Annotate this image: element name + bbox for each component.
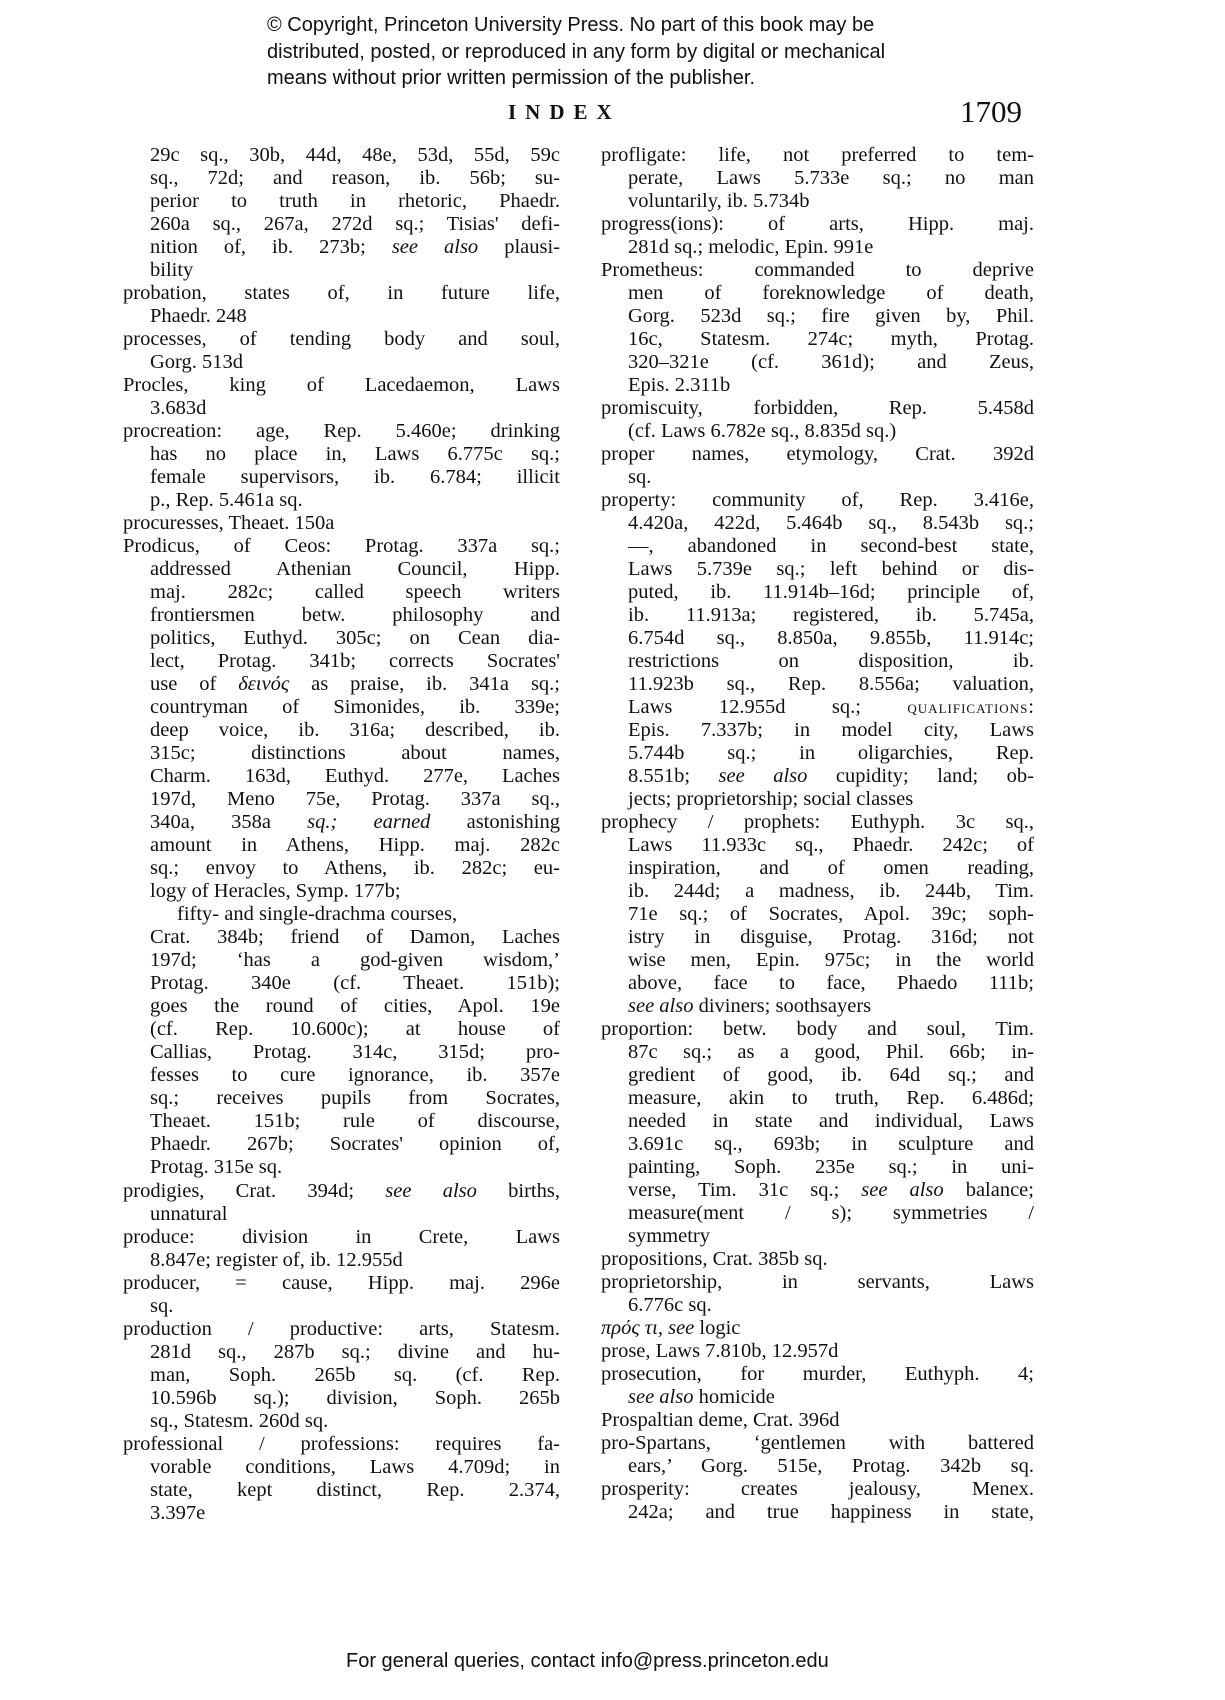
index-line-continuation: see also diviners; soothsayers (628, 994, 871, 1018)
index-entry-headword-line: probation, states of, in future life, (123, 281, 560, 305)
index-entry-headword-line: prophecy / prophets: Euthyph. 3c sq., (601, 810, 1034, 834)
index-line-continuation: 8.551b; see also cupidity; land; ob- (628, 764, 1034, 788)
copyright-notice: © Copyright, Princeton University Press.… (267, 12, 885, 92)
index-entry-headword-line: πρός τι, see logic (601, 1316, 740, 1340)
index-entry-headword-line: Procles, king of Lacedaemon, Laws (123, 373, 560, 397)
index-line-continuation: 281d sq.; melodic, Epin. 991e (628, 235, 873, 259)
index-line-continuation: ib. 11.913a; registered, ib. 5.745a, (628, 603, 1034, 627)
index-entry-headword-line: procuresses, Theaet. 150a (123, 511, 334, 535)
index-line-continuation: 340a, 358a sq.; earned astonishing (150, 810, 560, 834)
index-line-continuation: Laws 5.739e sq.; left behind or dis- (628, 557, 1034, 581)
index-line-continuation: men of foreknowledge of death, (628, 281, 1034, 305)
index-line-continuation: 87c sq.; as a good, Phil. 66b; in- (628, 1040, 1034, 1064)
index-entry-headword-line: Prometheus: commanded to deprive (601, 258, 1034, 282)
index-line-continuation: see also homicide (628, 1385, 775, 1409)
index-line-continuation: voluntarily, ib. 5.734b (628, 189, 809, 213)
index-entry-headword-line: profligate: life, not preferred to tem- (601, 143, 1034, 167)
index-line-continuation: maj. 282c; called speech writers (150, 580, 560, 604)
index-entry-headword-line: proper names, etymology, Crat. 392d (601, 442, 1034, 466)
index-line-continuation: lect, Protag. 341b; corrects Socrates' (150, 649, 560, 673)
index-entry-headword-line: procreation: age, Rep. 5.460e; drinking (123, 419, 560, 443)
index-line-continuation: 3.397e (150, 1501, 205, 1525)
index-line-continuation: gredient of good, ib. 64d sq.; and (628, 1063, 1034, 1087)
index-entry-headword-line: property: community of, Rep. 3.416e, (601, 488, 1034, 512)
index-line-continuation: (cf. Rep. 10.600c); at house of (150, 1017, 560, 1041)
index-line-continuation: ib. 244d; a madness, ib. 244b, Tim. (628, 879, 1034, 903)
index-line-continuation: Epis. 7.337b; in model city, Laws (628, 718, 1034, 742)
index-line-continuation: politics, Euthyd. 305c; on Cean dia- (150, 626, 560, 650)
index-line-continuation: has no place in, Laws 6.775c sq.; (150, 442, 560, 466)
index-entry-headword-line: proprietorship, in servants, Laws (601, 1270, 1034, 1294)
index-line-continuation: —, abandoned in second-best state, (628, 534, 1034, 558)
index-line-continuation: man, Soph. 265b sq. (cf. Rep. (150, 1363, 560, 1387)
index-line-continuation: unnatural (150, 1202, 227, 1226)
index-entry-headword-line: production / productive: arts, Statesm. (123, 1317, 560, 1341)
index-line-continuation: Theaet. 151b; rule of discourse, (150, 1109, 560, 1133)
index-line-continuation: restrictions on disposition, ib. (628, 649, 1034, 673)
page-number: 1709 (960, 94, 1022, 130)
index-line-continuation: needed in state and individual, Laws (628, 1109, 1034, 1133)
index-entry-headword-line: propositions, Crat. 385b sq. (601, 1247, 828, 1271)
index-line-continuation: 242a; and true happiness in state, (628, 1500, 1034, 1524)
index-line-continuation: 3.691c sq., 693b; in sculpture and (628, 1132, 1034, 1156)
index-line-continuation: state, kept distinct, Rep. 2.374, (150, 1478, 560, 1502)
index-line-continuation: 71e sq.; of Socrates, Apol. 39c; soph- (628, 902, 1034, 926)
index-line-continuation: Charm. 163d, Euthyd. 277e, Laches (150, 764, 560, 788)
index-entry-headword-line: pro-Spartans, ‘gentlemen with battered (601, 1431, 1034, 1455)
index-line-continuation: perate, Laws 5.733e sq.; no man (628, 166, 1034, 190)
index-entry-headword-line: Prospaltian deme, Crat. 396d (601, 1408, 840, 1432)
index-line-continuation: measure(ment / s); symmetries / (628, 1201, 1034, 1225)
index-line-continuation: istry in disguise, Protag. 316d; not (628, 925, 1034, 949)
index-line-continuation: perior to truth in rhetoric, Phaedr. (150, 189, 560, 213)
index-line-continuation: painting, Soph. 235e sq.; in uni- (628, 1155, 1034, 1179)
index-line-continuation: fifty- and single-drachma courses, (177, 902, 457, 926)
index-line-continuation: female supervisors, ib. 6.784; illicit (150, 465, 560, 489)
index-line-continuation: bility (150, 258, 193, 282)
index-entry-headword-line: prodigies, Crat. 394d; see also births, (123, 1179, 560, 1203)
index-entry-headword-line: Prodicus, of Ceos: Protag. 337a sq.; (123, 534, 560, 558)
index-line-continuation: fesses to cure ignorance, ib. 357e (150, 1063, 560, 1087)
index-line-continuation: 16c, Statesm. 274c; myth, Protag. (628, 327, 1034, 351)
copyright-line: means without prior written permission o… (267, 65, 885, 92)
index-entry-headword-line: professional / professions: requires fa- (123, 1432, 560, 1456)
index-line-continuation: Laws 11.933c sq., Phaedr. 242c; of (628, 833, 1034, 857)
index-line-continuation: sq.; envoy to Athens, ib. 282c; eu- (150, 856, 560, 880)
index-line-continuation: inspiration, and of omen reading, (628, 856, 1034, 880)
index-line-continuation: Callias, Protag. 314c, 315d; pro- (150, 1040, 560, 1064)
index-line-continuation: Laws 12.955d sq.; qualifications: (628, 695, 1034, 719)
index-line-continuation: 197d, Meno 75e, Protag. 337a sq., (150, 787, 560, 811)
index-line-continuation: 320–321e (cf. 361d); and Zeus, (628, 350, 1034, 374)
index-line-continuation: ears,’ Gorg. 515e, Protag. 342b sq. (628, 1454, 1034, 1478)
index-line-continuation: deep voice, ib. 316a; described, ib. (150, 718, 560, 742)
index-line-continuation: 5.744b sq.; in oligarchies, Rep. (628, 741, 1034, 765)
index-line-continuation: sq., Statesm. 260d sq. (150, 1409, 328, 1433)
index-line-continuation: 197d; ‘has a god-given wisdom,’ (150, 948, 560, 972)
index-line-continuation: 315c; distinctions about names, (150, 741, 560, 765)
running-title: INDEX (508, 100, 621, 125)
index-line-continuation: Phaedr. 267b; Socrates' opinion of, (150, 1132, 560, 1156)
index-entry-headword-line: processes, of tending body and soul, (123, 327, 560, 351)
index-line-continuation: Protag. 340e (cf. Theaet. 151b); (150, 971, 560, 995)
index-line-continuation: 6.776c sq. (628, 1293, 712, 1317)
index-line-continuation: jects; proprietorship; social classes (628, 787, 913, 811)
index-line-continuation: 281d sq., 287b sq.; divine and hu- (150, 1340, 560, 1364)
index-line-continuation: 11.923b sq., Rep. 8.556a; valuation, (628, 672, 1034, 696)
index-line-continuation: 8.847e; register of, ib. 12.955d (150, 1248, 403, 1272)
index-line-continuation: puted, ib. 11.914b–16d; principle of, (628, 580, 1034, 604)
footer-contact-note: For general queries, contact info@press.… (346, 1650, 829, 1673)
index-line-continuation: 29c sq., 30b, 44d, 48e, 53d, 55d, 59c (150, 143, 560, 167)
index-line-continuation: wise men, Epin. 975c; in the world (628, 948, 1034, 972)
index-line-continuation: verse, Tim. 31c sq.; see also balance; (628, 1178, 1034, 1202)
index-entry-headword-line: prosecution, for murder, Euthyph. 4; (601, 1362, 1034, 1386)
index-entry-headword-line: promiscuity, forbidden, Rep. 5.458d (601, 396, 1034, 420)
index-entry-headword-line: proportion: betw. body and soul, Tim. (601, 1017, 1034, 1041)
index-line-continuation: Crat. 384b; friend of Damon, Laches (150, 925, 560, 949)
index-line-continuation: goes the round of cities, Apol. 19e (150, 994, 560, 1018)
index-line-continuation: sq. (628, 465, 651, 489)
index-line-continuation: above, face to face, Phaedo 111b; (628, 971, 1034, 995)
index-line-continuation: Gorg. 523d sq.; fire given by, Phil. (628, 304, 1034, 328)
index-line-continuation: sq. (150, 1294, 173, 1318)
index-entry-headword-line: producer, = cause, Hipp. maj. 296e (123, 1271, 560, 1295)
index-line-continuation: 6.754d sq., 8.850a, 9.855b, 11.914c; (628, 626, 1034, 650)
index-line-continuation: Gorg. 513d (150, 350, 243, 374)
copyright-line: © Copyright, Princeton University Press.… (267, 12, 885, 39)
index-line-continuation: countryman of Simonides, ib. 339e; (150, 695, 560, 719)
index-line-continuation: sq., 72d; and reason, ib. 56b; su- (150, 166, 560, 190)
index-line-continuation: 10.596b sq.); division, Soph. 265b (150, 1386, 560, 1410)
index-line-continuation: p., Rep. 5.461a sq. (150, 488, 303, 512)
index-line-continuation: 4.420a, 422d, 5.464b sq., 8.543b sq.; (628, 511, 1034, 535)
index-line-continuation: frontiersmen betw. philosophy and (150, 603, 560, 627)
index-line-continuation: (cf. Laws 6.782e sq., 8.835d sq.) (628, 419, 896, 443)
index-line-continuation: sq.; receives pupils from Socrates, (150, 1086, 560, 1110)
index-line-continuation: measure, akin to truth, Rep. 6.486d; (628, 1086, 1034, 1110)
index-line-continuation: use of δεινός as praise, ib. 341a sq.; (150, 672, 560, 696)
index-line-continuation: 3.683d (150, 396, 206, 420)
index-line-continuation: amount in Athens, Hipp. maj. 282c (150, 833, 560, 857)
index-entry-headword-line: progress(ions): of arts, Hipp. maj. (601, 212, 1034, 236)
index-line-continuation: nition of, ib. 273b; see also plausi- (150, 235, 560, 259)
index-entry-headword-line: prose, Laws 7.810b, 12.957d (601, 1339, 838, 1363)
index-line-continuation: addressed Athenian Council, Hipp. (150, 557, 560, 581)
copyright-line: distributed, posted, or reproduced in an… (267, 39, 885, 66)
index-line-continuation: Epis. 2.311b (628, 373, 730, 397)
index-line-continuation: symmetry (628, 1224, 710, 1248)
index-line-continuation: logy of Heracles, Symp. 177b; (150, 879, 401, 903)
index-entry-headword-line: prosperity: creates jealousy, Menex. (601, 1477, 1034, 1501)
index-line-continuation: vorable conditions, Laws 4.709d; in (150, 1455, 560, 1479)
index-line-continuation: Protag. 315e sq. (150, 1155, 282, 1179)
index-line-continuation: Phaedr. 248 (150, 304, 247, 328)
index-line-continuation: 260a sq., 267a, 272d sq.; Tisias' defi- (150, 212, 560, 236)
index-entry-headword-line: produce: division in Crete, Laws (123, 1225, 560, 1249)
